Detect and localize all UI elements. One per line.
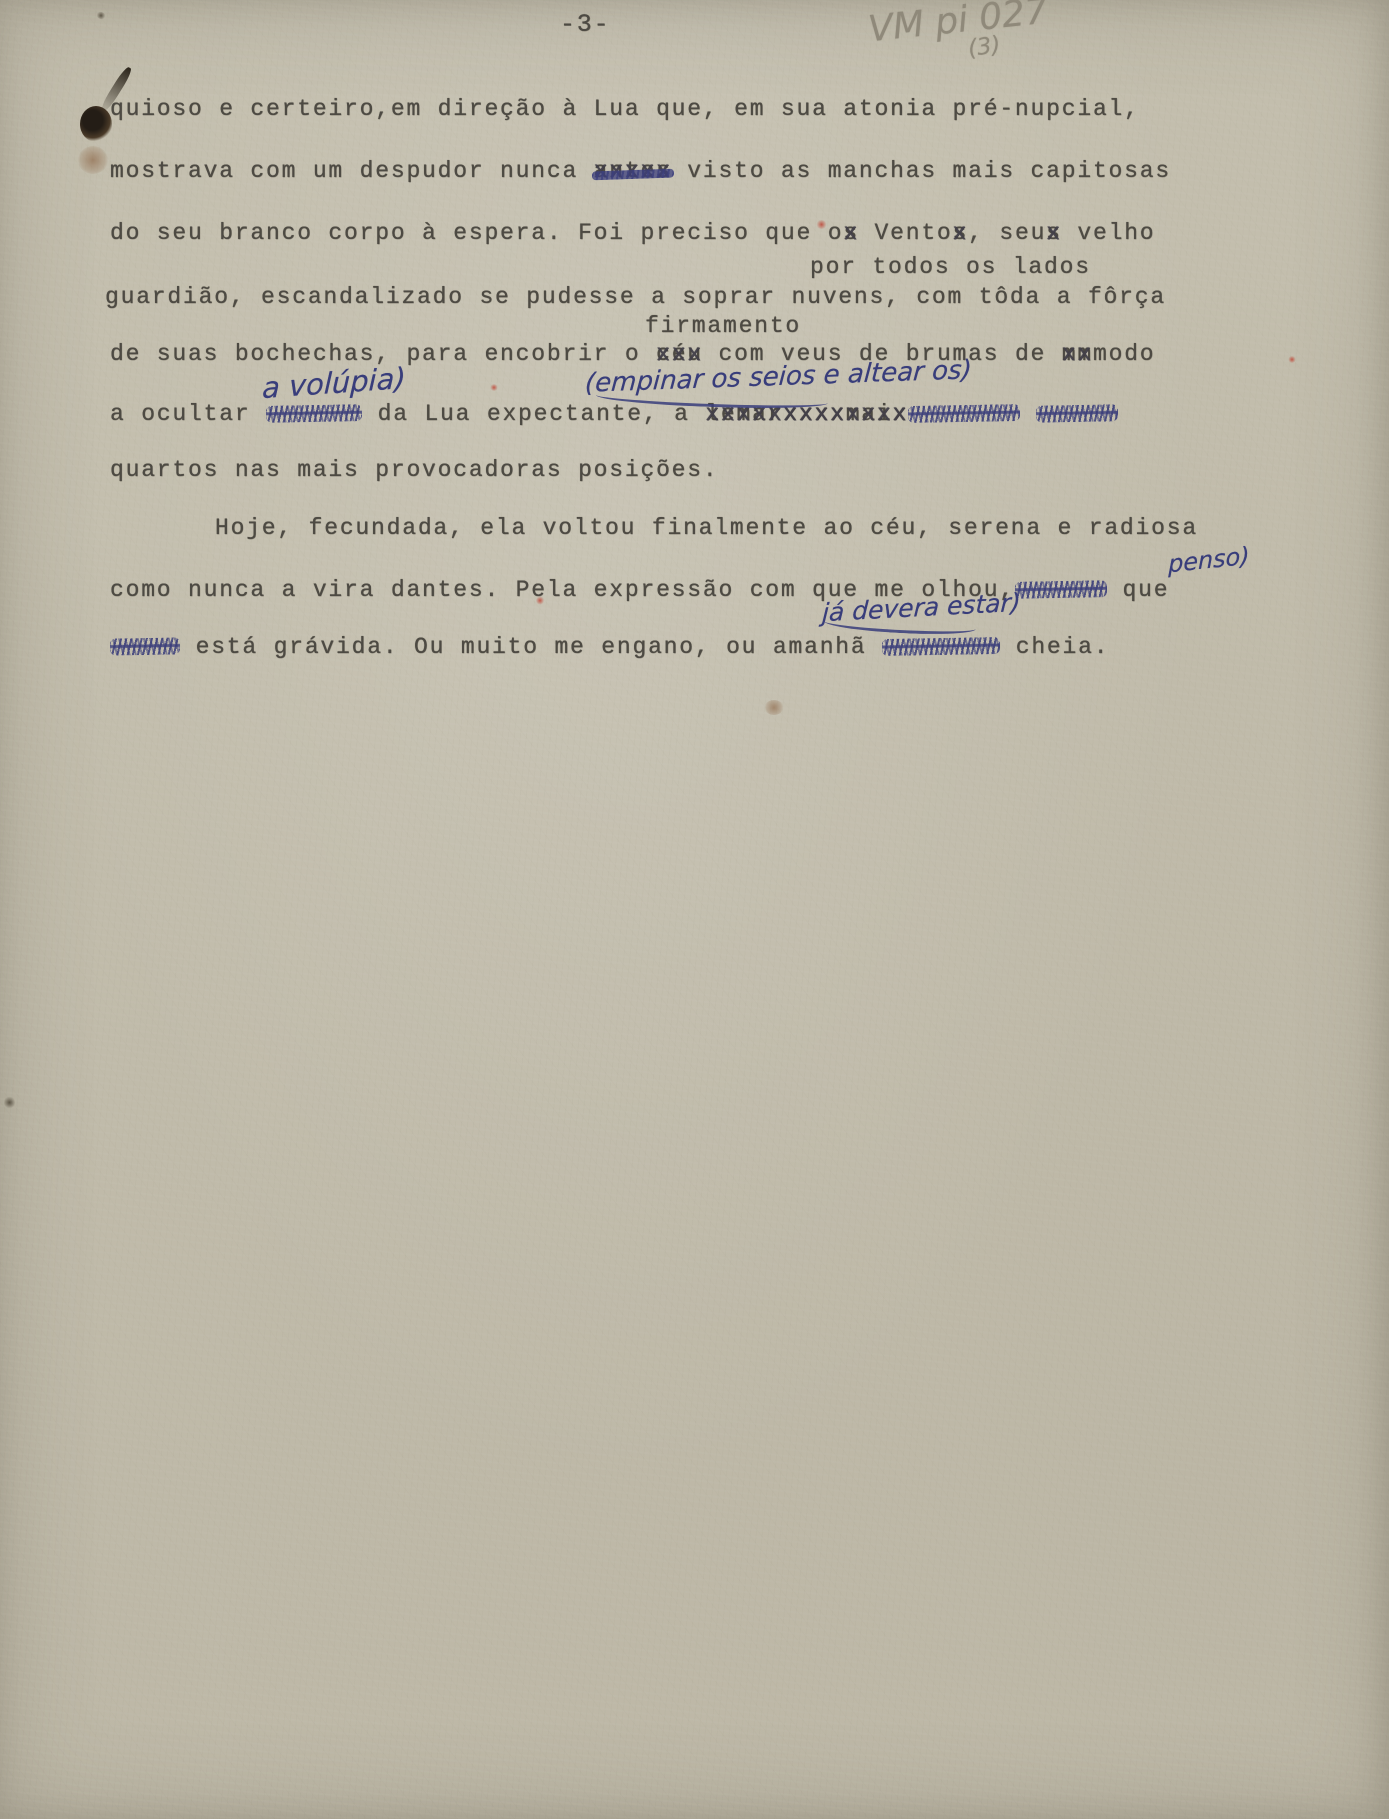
typed-strikeout: sx: [953, 220, 969, 246]
typed-x-overstrike: xx: [1062, 341, 1093, 367]
typed-text: quioso e certeiro,em direção à Lua que, …: [110, 96, 1140, 122]
typed-line: mostrava com um despudor nunca antesxxxx…: [110, 158, 1171, 184]
typed-x-overstrike: xxxxx: [594, 158, 672, 184]
typed-strikeout: lemarxxxxmaixxxxxxxxxxxxxx: [705, 401, 908, 427]
typed-strikeout: céuxxx: [656, 341, 703, 367]
typed-text: da Lua expectante, a: [362, 401, 705, 427]
paper-grain-texture: [0, 0, 1389, 1819]
ink-scribble-strikeout: [1036, 404, 1118, 422]
typed-x-overstrike: x: [843, 220, 859, 246]
paper-stain: [490, 384, 498, 391]
typed-text: que: [1107, 577, 1169, 603]
paper-stain: [4, 1096, 15, 1109]
typed-text: a ocultar: [110, 401, 266, 427]
typed-text: Hoje, fecundada, ela voltou finalmente a…: [215, 515, 1198, 541]
typed-text: cheia.: [1000, 634, 1109, 660]
handwritten-correction: a volúpia): [262, 361, 407, 405]
typed-text: por todos os lados: [810, 254, 1091, 280]
handwritten-correction: penso): [1168, 542, 1249, 579]
typed-x-overstrike: x: [953, 220, 969, 246]
typed-text: Vento: [859, 220, 953, 246]
ink-scribble-strikeout: [1015, 580, 1107, 599]
ink-scribble-strikeout: [266, 404, 362, 423]
paper-stain: [95, 11, 107, 21]
ink-scribble-strikeout: [110, 637, 180, 655]
typed-strikeout: mmxx: [1062, 341, 1093, 367]
paper-stain: [764, 700, 784, 715]
typed-text: mostrava com um despudor nunca: [110, 158, 594, 184]
typed-text: [1020, 401, 1036, 427]
typed-text: firmamento: [645, 313, 801, 339]
manuscript-page: -3- VM pi 027 (3) quioso e certeiro,em d…: [0, 0, 1389, 1819]
typed-text: está grávida. Ou muito me engano, ou ama…: [180, 634, 882, 660]
ink-scribble-strikeout: [882, 637, 1000, 656]
typed-text: modo: [1093, 341, 1155, 367]
typed-line: quioso e certeiro,em direção à Lua que, …: [110, 96, 1140, 122]
ink-scribble-strikeout: [908, 404, 1020, 423]
typed-text: do seu branco corpo à espera. Foi precis…: [110, 220, 843, 246]
typed-text: , seu: [968, 220, 1046, 246]
typed-line: está grávida. Ou muito me engano, ou ama…: [110, 634, 1109, 660]
page-number: -3-: [560, 10, 610, 39]
ink-blot-stain: [80, 106, 112, 142]
paper-stain: [78, 146, 108, 174]
typed-text: visto as manchas mais capitosas: [672, 158, 1171, 184]
typed-text: quartos nas mais provocadoras posições.: [110, 457, 719, 483]
typed-line: Hoje, fecundada, ela voltou finalmente a…: [215, 515, 1198, 541]
typed-x-overstrike: xxx: [656, 341, 703, 367]
typed-text: velho: [1062, 220, 1156, 246]
pencil-archive-note: VM pi 027: [866, 0, 1049, 50]
pencil-archive-note-sub: (3): [966, 32, 1002, 62]
typed-line: quartos nas mais provocadoras posições.: [110, 457, 719, 483]
typed-line: guardião, escandalizado se pudesse a sop…: [105, 284, 1166, 310]
paper-stain: [1288, 356, 1296, 363]
typed-x-overstrike: xxxxxxxxxxxxx: [705, 401, 908, 427]
typed-line: de suas bochechas, para encobrir o céuxx…: [110, 341, 1155, 367]
typed-strikeout: sx: [843, 220, 859, 246]
typed-strikeout: antesxxxxx: [594, 158, 672, 184]
typed-strikeout: sx: [1046, 220, 1062, 246]
typed-x-overstrike: x: [1046, 220, 1062, 246]
typed-text: guardião, escandalizado se pudesse a sop…: [105, 284, 1166, 310]
typed-line: do seu branco corpo à espera. Foi precis…: [110, 220, 1155, 246]
typed-line: por todos os lados: [810, 254, 1091, 280]
typed-line: firmamento: [645, 313, 801, 339]
